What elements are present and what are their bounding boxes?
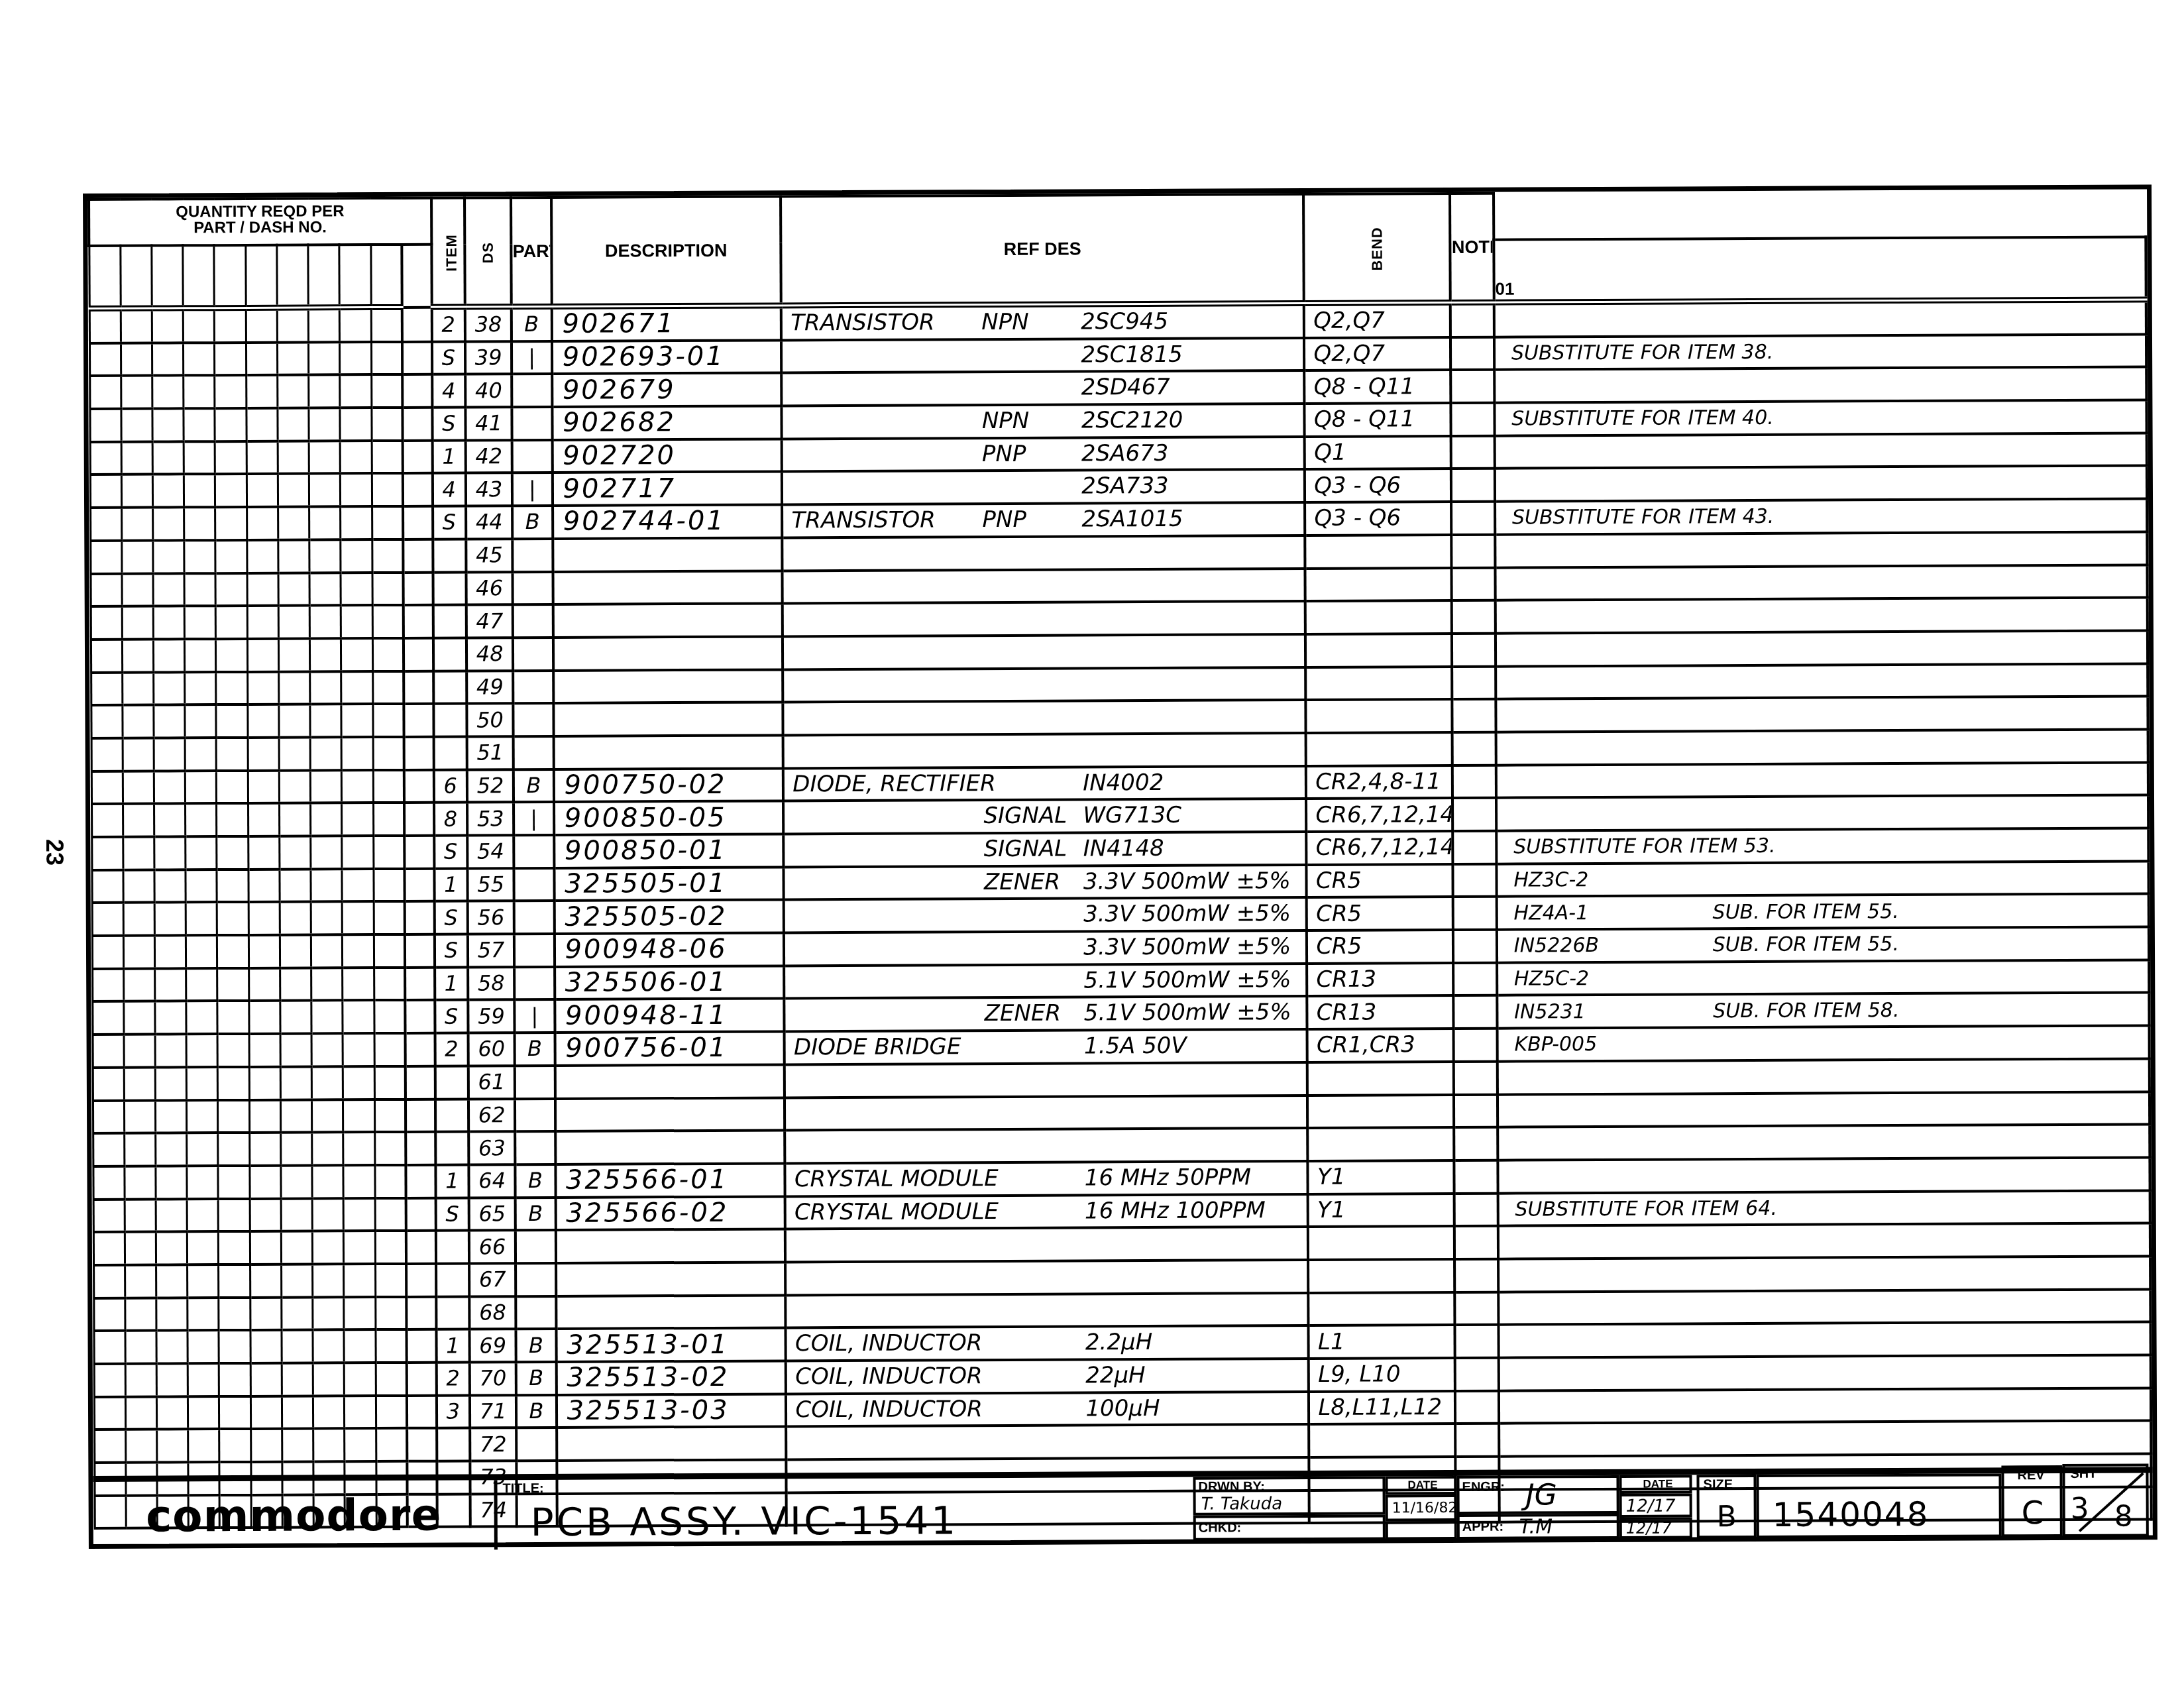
quantity-grid-cell[interactable]	[188, 1231, 219, 1264]
quantity-grid-cell[interactable]	[123, 936, 154, 969]
quantity-grid-cell[interactable]	[280, 902, 311, 935]
quantity-grid-cell[interactable]	[341, 737, 372, 770]
quantity-grid-cell[interactable]	[341, 638, 372, 671]
quantity-grid-cell[interactable]	[121, 508, 152, 541]
quantity-grid-cell[interactable]	[340, 374, 371, 408]
quantity-grid-cell[interactable]	[184, 475, 215, 508]
quantity-grid-cell[interactable]	[124, 1133, 155, 1166]
quantity-grid-cell[interactable]	[122, 639, 153, 672]
quantity-grid-cell[interactable]	[219, 1429, 250, 1462]
quantity-grid-cell[interactable]	[153, 540, 184, 573]
quantity-grid-cell[interactable]	[375, 1264, 406, 1297]
quantity-grid-cell[interactable]	[219, 1264, 250, 1298]
quantity-grid-cell[interactable]	[341, 671, 372, 704]
quantity-grid-cell[interactable]	[122, 573, 153, 606]
quantity-grid-cell[interactable]	[376, 1396, 407, 1429]
quantity-grid-cell[interactable]	[186, 771, 217, 804]
quantity-grid-cell[interactable]	[246, 342, 277, 375]
quantity-grid-cell[interactable]	[154, 870, 186, 903]
quantity-grid-cell[interactable]	[215, 474, 246, 507]
quantity-grid-cell[interactable]	[123, 804, 154, 837]
quantity-grid-cell[interactable]	[187, 1100, 218, 1133]
quantity-grid-cell[interactable]	[376, 1363, 407, 1396]
quantity-grid-cell[interactable]	[248, 836, 279, 870]
quantity-grid-cell[interactable]	[186, 1034, 217, 1067]
quantity-grid-cell[interactable]	[374, 1066, 406, 1099]
quantity-grid-cell[interactable]	[152, 308, 183, 343]
quantity-grid-cell[interactable]	[125, 1396, 156, 1430]
quantity-grid-cell[interactable]	[122, 540, 153, 573]
quantity-grid-cell[interactable]	[373, 803, 404, 836]
quantity-grid-cell[interactable]	[278, 474, 309, 507]
quantity-grid-cell[interactable]	[217, 902, 248, 935]
quantity-grid-cell[interactable]	[218, 1099, 249, 1133]
quantity-grid-cell[interactable]	[278, 441, 309, 474]
quantity-grid-cell[interactable]	[156, 1363, 188, 1396]
quantity-grid-cell[interactable]	[156, 1331, 188, 1364]
quantity-grid-cell[interactable]	[121, 308, 152, 343]
quantity-grid-cell[interactable]	[217, 771, 248, 804]
quantity-grid-cell[interactable]	[372, 572, 404, 605]
quantity-grid-cell[interactable]	[344, 1231, 375, 1264]
quantity-grid-cell[interactable]	[281, 1198, 312, 1231]
quantity-grid-cell[interactable]	[250, 1330, 282, 1363]
quantity-grid-cell[interactable]	[250, 1363, 282, 1396]
quantity-grid-cell[interactable]	[184, 573, 215, 606]
quantity-grid-cell[interactable]	[280, 1034, 311, 1067]
quantity-grid-cell[interactable]	[90, 508, 121, 541]
quantity-grid-cell[interactable]	[184, 376, 215, 409]
quantity-grid-cell[interactable]	[124, 1001, 155, 1035]
quantity-grid-cell[interactable]	[217, 803, 248, 836]
quantity-grid-cell[interactable]	[216, 671, 247, 704]
quantity-grid-cell[interactable]	[93, 1100, 124, 1133]
quantity-grid-cell[interactable]	[188, 1330, 219, 1363]
quantity-grid-cell[interactable]	[375, 1297, 406, 1330]
quantity-grid-cell[interactable]	[218, 1133, 249, 1166]
quantity-grid-cell[interactable]	[310, 770, 341, 803]
quantity-grid-cell[interactable]	[341, 441, 372, 474]
quantity-grid-cell[interactable]	[90, 475, 121, 508]
quantity-grid-cell[interactable]	[309, 375, 340, 408]
quantity-grid-cell[interactable]	[91, 870, 123, 903]
quantity-grid-cell[interactable]	[215, 573, 246, 606]
quantity-grid-cell[interactable]	[374, 1132, 406, 1165]
quantity-grid-cell[interactable]	[343, 1132, 374, 1165]
quantity-grid-cell[interactable]	[155, 1034, 186, 1067]
quantity-grid-cell[interactable]	[343, 901, 374, 934]
quantity-grid-cell[interactable]	[154, 771, 185, 804]
quantity-grid-cell[interactable]	[184, 540, 215, 573]
quantity-grid-cell[interactable]	[342, 803, 373, 836]
quantity-grid-cell[interactable]	[282, 1429, 313, 1462]
quantity-grid-cell[interactable]	[125, 1232, 156, 1265]
quantity-grid-cell[interactable]	[249, 1034, 280, 1067]
quantity-grid-cell[interactable]	[187, 1166, 218, 1199]
quantity-grid-cell[interactable]	[219, 1298, 250, 1331]
quantity-grid-cell[interactable]	[248, 704, 279, 738]
quantity-grid-cell[interactable]	[246, 474, 278, 507]
quantity-grid-cell[interactable]	[340, 408, 371, 441]
quantity-grid-cell[interactable]	[247, 639, 278, 672]
quantity-grid-cell[interactable]	[281, 1231, 312, 1264]
quantity-grid-cell[interactable]	[89, 343, 121, 376]
quantity-grid-cell[interactable]	[340, 342, 371, 375]
quantity-grid-cell[interactable]	[217, 836, 248, 870]
quantity-grid-cell[interactable]	[311, 1033, 343, 1066]
quantity-grid-cell[interactable]	[373, 770, 404, 803]
quantity-grid-cell[interactable]	[372, 473, 403, 506]
quantity-grid-cell[interactable]	[278, 375, 309, 408]
quantity-grid-cell[interactable]	[184, 343, 215, 376]
quantity-grid-cell[interactable]	[188, 1298, 219, 1331]
quantity-grid-cell[interactable]	[94, 1396, 125, 1430]
quantity-grid-cell[interactable]	[246, 540, 278, 573]
quantity-grid-cell[interactable]	[246, 441, 278, 474]
quantity-grid-cell[interactable]	[93, 1166, 124, 1200]
quantity-grid-cell[interactable]	[278, 573, 309, 606]
quantity-grid-cell[interactable]	[343, 1033, 374, 1066]
quantity-grid-cell[interactable]	[342, 770, 373, 803]
quantity-grid-cell[interactable]	[278, 539, 309, 573]
quantity-grid-cell[interactable]	[156, 1232, 187, 1265]
quantity-grid-cell[interactable]	[341, 704, 372, 737]
quantity-grid-cell[interactable]	[156, 1298, 188, 1331]
quantity-grid-cell[interactable]	[247, 671, 278, 704]
quantity-grid-cell[interactable]	[313, 1396, 345, 1429]
quantity-grid-cell[interactable]	[341, 474, 372, 507]
quantity-grid-cell[interactable]	[340, 308, 371, 342]
quantity-grid-cell[interactable]	[124, 1035, 155, 1068]
quantity-grid-cell[interactable]	[279, 770, 310, 803]
quantity-grid-cell[interactable]	[281, 1264, 312, 1297]
quantity-grid-cell[interactable]	[309, 408, 340, 441]
quantity-grid-cell[interactable]	[311, 869, 342, 902]
quantity-grid-cell[interactable]	[343, 1099, 374, 1133]
quantity-grid-cell[interactable]	[280, 1001, 311, 1034]
quantity-grid-cell[interactable]	[215, 343, 246, 376]
quantity-grid-cell[interactable]	[217, 870, 248, 903]
quantity-grid-cell[interactable]	[188, 1429, 219, 1462]
quantity-grid-cell[interactable]	[125, 1364, 156, 1397]
quantity-grid-cell[interactable]	[311, 1001, 343, 1034]
quantity-grid-cell[interactable]	[217, 1001, 248, 1034]
quantity-grid-cell[interactable]	[91, 804, 123, 837]
quantity-grid-cell[interactable]	[376, 1428, 407, 1461]
quantity-grid-cell[interactable]	[313, 1330, 344, 1363]
quantity-grid-cell[interactable]	[344, 1297, 375, 1330]
quantity-grid-cell[interactable]	[125, 1166, 156, 1199]
quantity-grid-cell[interactable]	[248, 935, 280, 968]
quantity-grid-cell[interactable]	[92, 1001, 123, 1035]
quantity-grid-cell[interactable]	[93, 1199, 125, 1232]
quantity-grid-cell[interactable]	[374, 901, 405, 934]
quantity-grid-cell[interactable]	[215, 441, 246, 475]
quantity-grid-cell[interactable]	[123, 903, 154, 936]
quantity-grid-cell[interactable]	[345, 1428, 376, 1461]
quantity-grid-cell[interactable]	[156, 1133, 187, 1166]
quantity-grid-cell[interactable]	[154, 903, 186, 936]
quantity-grid-cell[interactable]	[215, 308, 246, 342]
quantity-grid-cell[interactable]	[91, 672, 122, 705]
quantity-grid-cell[interactable]	[311, 934, 343, 968]
quantity-grid-cell[interactable]	[280, 968, 311, 1001]
quantity-grid-cell[interactable]	[154, 672, 185, 705]
quantity-grid-cell[interactable]	[156, 1396, 188, 1430]
quantity-grid-cell[interactable]	[186, 1067, 217, 1100]
quantity-grid-cell[interactable]	[91, 573, 122, 606]
quantity-grid-cell[interactable]	[345, 1363, 376, 1396]
quantity-grid-cell[interactable]	[185, 639, 216, 672]
quantity-grid-cell[interactable]	[374, 968, 405, 1001]
quantity-grid-cell[interactable]	[217, 1034, 248, 1067]
quantity-grid-cell[interactable]	[91, 705, 122, 738]
quantity-grid-cell[interactable]	[186, 870, 217, 903]
quantity-grid-cell[interactable]	[184, 441, 215, 475]
quantity-grid-cell[interactable]	[342, 836, 373, 869]
quantity-grid-cell[interactable]	[186, 968, 217, 1001]
quantity-grid-cell[interactable]	[309, 605, 341, 638]
quantity-grid-cell[interactable]	[280, 836, 311, 870]
quantity-grid-cell[interactable]	[152, 441, 184, 475]
quantity-grid-cell[interactable]	[123, 870, 154, 903]
quantity-grid-cell[interactable]	[219, 1363, 250, 1396]
quantity-grid-cell[interactable]	[216, 606, 247, 639]
quantity-grid-cell[interactable]	[311, 803, 342, 836]
quantity-grid-cell[interactable]	[91, 640, 122, 673]
quantity-grid-cell[interactable]	[90, 442, 121, 475]
quantity-grid-cell[interactable]	[313, 1363, 344, 1396]
quantity-grid-cell[interactable]	[341, 539, 372, 573]
quantity-grid-cell[interactable]	[93, 1298, 125, 1331]
quantity-grid-cell[interactable]	[154, 738, 185, 771]
quantity-grid-cell[interactable]	[155, 1067, 186, 1100]
quantity-grid-cell[interactable]	[372, 671, 404, 704]
quantity-grid-cell[interactable]	[312, 1198, 343, 1231]
quantity-grid-cell[interactable]	[312, 1132, 343, 1165]
quantity-grid-cell[interactable]	[125, 1298, 156, 1331]
quantity-grid-cell[interactable]	[371, 307, 402, 341]
quantity-grid-cell[interactable]	[344, 1264, 375, 1297]
quantity-grid-cell[interactable]	[218, 1166, 249, 1199]
quantity-grid-cell[interactable]	[375, 1165, 406, 1198]
quantity-grid-cell[interactable]	[152, 475, 184, 508]
quantity-grid-cell[interactable]	[248, 869, 280, 902]
quantity-grid-cell[interactable]	[185, 672, 216, 705]
quantity-grid-cell[interactable]	[279, 803, 310, 836]
quantity-grid-cell[interactable]	[185, 704, 216, 738]
quantity-grid-cell[interactable]	[374, 1099, 406, 1132]
quantity-grid-cell[interactable]	[312, 1099, 343, 1133]
quantity-grid-cell[interactable]	[246, 408, 278, 441]
quantity-grid-cell[interactable]	[217, 738, 248, 771]
quantity-grid-cell[interactable]	[89, 409, 121, 442]
quantity-grid-cell[interactable]	[94, 1430, 125, 1463]
quantity-grid-cell[interactable]	[341, 573, 372, 606]
quantity-grid-cell[interactable]	[90, 541, 121, 574]
quantity-grid-cell[interactable]	[217, 968, 248, 1001]
quantity-grid-cell[interactable]	[153, 606, 184, 640]
quantity-grid-cell[interactable]	[186, 935, 217, 968]
quantity-grid-cell[interactable]	[248, 968, 280, 1001]
quantity-grid-cell[interactable]	[310, 704, 341, 738]
quantity-grid-cell[interactable]	[278, 408, 309, 441]
quantity-grid-cell[interactable]	[219, 1396, 250, 1430]
quantity-grid-cell[interactable]	[156, 1199, 187, 1232]
quantity-grid-cell[interactable]	[343, 1165, 374, 1198]
quantity-grid-cell[interactable]	[92, 968, 123, 1001]
quantity-grid-cell[interactable]	[153, 573, 184, 606]
quantity-grid-cell[interactable]	[185, 738, 216, 771]
quantity-grid-cell[interactable]	[91, 606, 122, 640]
quantity-grid-cell[interactable]	[309, 539, 341, 573]
quantity-grid-cell[interactable]	[280, 1099, 311, 1133]
quantity-grid-cell[interactable]	[219, 1231, 250, 1264]
quantity-grid-cell[interactable]	[187, 1199, 218, 1232]
quantity-grid-cell[interactable]	[343, 1198, 374, 1231]
quantity-grid-cell[interactable]	[279, 704, 310, 738]
quantity-grid-cell[interactable]	[372, 638, 404, 671]
quantity-grid-cell[interactable]	[278, 606, 309, 639]
quantity-grid-cell[interactable]	[372, 408, 403, 441]
quantity-grid-cell[interactable]	[249, 1133, 280, 1166]
quantity-grid-cell[interactable]	[219, 1330, 250, 1363]
quantity-grid-cell[interactable]	[154, 836, 186, 870]
quantity-grid-cell[interactable]	[279, 737, 310, 770]
quantity-grid-cell[interactable]	[186, 836, 217, 870]
quantity-grid-cell[interactable]	[311, 968, 343, 1001]
quantity-grid-cell[interactable]	[311, 1066, 343, 1099]
quantity-grid-cell[interactable]	[280, 935, 311, 968]
quantity-grid-cell[interactable]	[91, 738, 123, 771]
quantity-grid-cell[interactable]	[246, 375, 277, 408]
quantity-grid-cell[interactable]	[154, 705, 185, 738]
quantity-grid-cell[interactable]	[343, 1001, 374, 1034]
quantity-grid-cell[interactable]	[371, 374, 402, 408]
quantity-grid-cell[interactable]	[312, 1165, 343, 1198]
quantity-grid-cell[interactable]	[93, 1035, 124, 1068]
quantity-grid-cell[interactable]	[93, 1068, 124, 1101]
quantity-grid-cell[interactable]	[343, 968, 374, 1001]
quantity-grid-cell[interactable]	[250, 1231, 281, 1264]
quantity-grid-cell[interactable]	[153, 507, 184, 540]
quantity-grid-cell[interactable]	[121, 409, 152, 442]
quantity-grid-cell[interactable]	[215, 540, 246, 573]
quantity-grid-cell[interactable]	[250, 1429, 282, 1462]
quantity-grid-cell[interactable]	[282, 1396, 313, 1429]
quantity-grid-cell[interactable]	[282, 1330, 313, 1363]
quantity-grid-cell[interactable]	[156, 1166, 187, 1199]
quantity-grid-cell[interactable]	[310, 737, 341, 770]
quantity-grid-cell[interactable]	[188, 1396, 219, 1430]
quantity-grid-cell[interactable]	[154, 935, 186, 968]
quantity-grid-cell[interactable]	[309, 573, 341, 606]
quantity-grid-cell[interactable]	[93, 1331, 125, 1364]
quantity-grid-cell[interactable]	[125, 1331, 156, 1364]
quantity-grid-cell[interactable]	[310, 638, 341, 671]
quantity-grid-cell[interactable]	[91, 771, 123, 804]
quantity-grid-cell[interactable]	[155, 968, 186, 1001]
quantity-grid-cell[interactable]	[372, 441, 403, 474]
quantity-grid-cell[interactable]	[152, 343, 183, 376]
quantity-grid-cell[interactable]	[309, 441, 340, 474]
quantity-grid-cell[interactable]	[123, 738, 154, 771]
quantity-grid-cell[interactable]	[248, 902, 280, 935]
quantity-grid-cell[interactable]	[372, 605, 404, 638]
quantity-grid-cell[interactable]	[280, 869, 311, 902]
quantity-grid-cell[interactable]	[121, 376, 152, 409]
quantity-grid-cell[interactable]	[93, 1133, 124, 1166]
quantity-grid-cell[interactable]	[125, 1430, 156, 1463]
quantity-grid-cell[interactable]	[216, 704, 247, 738]
quantity-grid-cell[interactable]	[342, 869, 373, 902]
quantity-grid-cell[interactable]	[250, 1166, 281, 1199]
quantity-grid-cell[interactable]	[374, 1033, 406, 1066]
quantity-grid-cell[interactable]	[282, 1363, 313, 1396]
quantity-grid-cell[interactable]	[343, 934, 374, 968]
quantity-grid-cell[interactable]	[341, 605, 372, 638]
quantity-grid-cell[interactable]	[246, 507, 278, 540]
quantity-grid-cell[interactable]	[250, 1198, 281, 1231]
quantity-grid-cell[interactable]	[122, 672, 153, 705]
quantity-grid-cell[interactable]	[345, 1396, 376, 1429]
quantity-grid-cell[interactable]	[219, 1198, 250, 1231]
quantity-grid-cell[interactable]	[124, 1067, 155, 1100]
quantity-grid-cell[interactable]	[94, 1364, 125, 1397]
quantity-grid-cell[interactable]	[278, 507, 309, 540]
quantity-grid-cell[interactable]	[308, 308, 339, 342]
quantity-grid-cell[interactable]	[184, 606, 215, 639]
quantity-grid-cell[interactable]	[344, 1329, 375, 1363]
quantity-grid-cell[interactable]	[313, 1297, 344, 1330]
quantity-grid-cell[interactable]	[375, 1198, 406, 1231]
quantity-grid-cell[interactable]	[123, 837, 154, 870]
quantity-grid-cell[interactable]	[374, 934, 405, 968]
quantity-grid-cell[interactable]	[183, 308, 214, 343]
quantity-grid-cell[interactable]	[281, 1133, 312, 1166]
quantity-grid-cell[interactable]	[249, 1099, 280, 1133]
quantity-grid-cell[interactable]	[247, 606, 278, 639]
quantity-grid-cell[interactable]	[89, 376, 121, 409]
quantity-grid-cell[interactable]	[277, 342, 308, 375]
quantity-grid-cell[interactable]	[123, 771, 154, 804]
quantity-grid-cell[interactable]	[341, 506, 372, 539]
quantity-grid-cell[interactable]	[343, 1066, 374, 1099]
quantity-grid-cell[interactable]	[152, 408, 184, 441]
quantity-grid-cell[interactable]	[125, 1199, 156, 1232]
quantity-grid-cell[interactable]	[248, 738, 279, 771]
quantity-grid-cell[interactable]	[248, 770, 279, 803]
quantity-grid-cell[interactable]	[310, 671, 341, 704]
quantity-grid-cell[interactable]	[248, 803, 279, 836]
quantity-grid-cell[interactable]	[186, 803, 217, 836]
quantity-grid-cell[interactable]	[374, 1000, 405, 1033]
quantity-grid-cell[interactable]	[278, 638, 309, 671]
quantity-grid-cell[interactable]	[249, 1067, 280, 1100]
quantity-grid-cell[interactable]	[121, 475, 152, 508]
quantity-grid-cell[interactable]	[250, 1264, 281, 1298]
quantity-grid-cell[interactable]	[91, 837, 123, 870]
quantity-grid-cell[interactable]	[184, 408, 215, 441]
quantity-grid-cell[interactable]	[188, 1264, 219, 1298]
quantity-grid-cell[interactable]	[313, 1264, 344, 1297]
quantity-grid-cell[interactable]	[248, 1001, 280, 1034]
quantity-grid-cell[interactable]	[188, 1363, 219, 1396]
quantity-grid-cell[interactable]	[218, 1067, 249, 1100]
quantity-grid-cell[interactable]	[313, 1429, 345, 1462]
quantity-grid-cell[interactable]	[312, 1231, 343, 1264]
quantity-grid-cell[interactable]	[247, 573, 278, 606]
